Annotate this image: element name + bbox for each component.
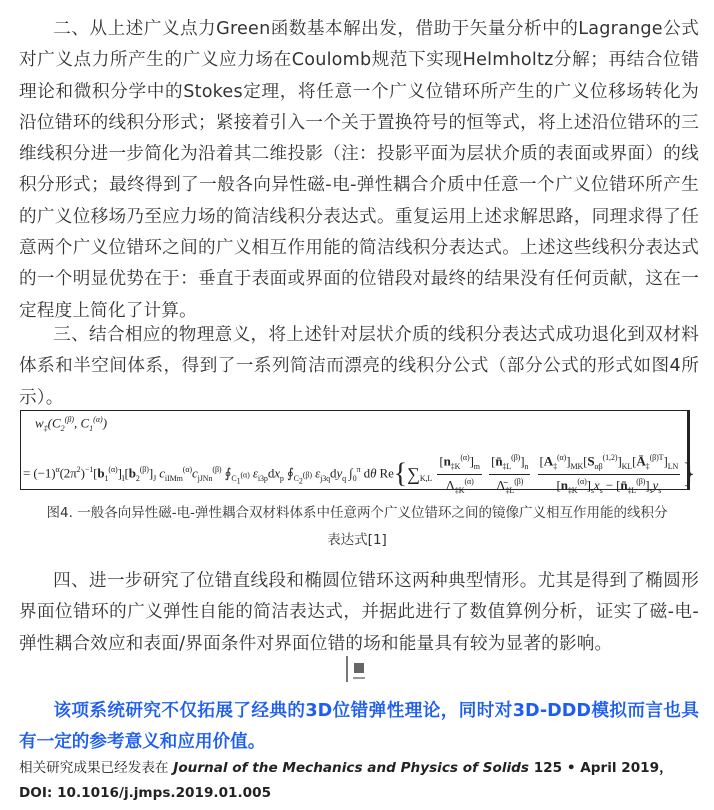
paragraph-four-text: 四、进一步研究了位错直线段和椭圆位错环这两种典型情形。尤其是得到了椭圆形界面位错… [19,571,699,654]
broken-image-icon [346,654,374,684]
citation: 相关研究成果已经发表在 Journal of the Mechanics and… [19,756,709,806]
formula-figure: w‡(C2(β), C1(α)) = (−1)α(2π2)−1[b1(α)]I[… [20,410,690,490]
highlight-conclusion: 该项系统研究不仅拓展了经典的3D位错弹性理论，同时对3D-DDD模拟而言也具有一… [19,696,699,758]
paragraph-two: 二、从上述广义点力Green函数基本解出发，借助于矢量分析中的Lagrange公… [19,14,699,327]
journal-name: Journal of the Mechanics and Physics of … [173,760,529,776]
text-cursor-bar [346,656,348,682]
image-square [354,663,364,673]
highlight-text: 该项系统研究不仅拓展了经典的3D位错弹性理论，同时对3D-DDD模拟而言也具有一… [19,701,699,752]
volume-date: 125 • April 2019， [534,760,673,776]
citation-prefix: 相关研究成果已经发表在 [19,760,169,776]
citation-line-1: 相关研究成果已经发表在 Journal of the Mechanics and… [19,756,709,781]
doi: DOI: 10.1016/j.jmps.2019.01.005 [19,781,709,806]
paragraph-three: 三、结合相应的物理意义，将上述针对层状介质的线积分表达式成功退化到双材料体系和半… [19,320,699,414]
paragraph-two-text: 二、从上述广义点力Green函数基本解出发，借助于矢量分析中的Lagrange公… [19,19,699,321]
figure-caption-line-1: 图4. 一般各向异性磁-电-弹性耦合双材料体系中任意两个广义位错环之间的镜像广义… [10,500,704,527]
figure-caption-line-2: 表达式[1] [10,527,704,554]
image-underline [353,677,365,679]
paragraph-four: 四、进一步研究了位错直线段和椭圆位错环这两种典型情形。尤其是得到了椭圆形界面位错… [19,566,699,660]
paragraph-three-text: 三、结合相应的物理意义，将上述针对层状介质的线积分表达式成功退化到双材料体系和半… [19,325,699,408]
formula-line-1: w‡(C2(β), C1(α)) [35,415,107,433]
formula-line-2: = (−1)α(2π2)−1[b1(α)]I[b2(β)]J ciIMm(α)c… [23,451,696,498]
figure-caption: 图4. 一般各向异性磁-电-弹性耦合双材料体系中任意两个广义位错环之间的镜像广义… [10,500,704,554]
